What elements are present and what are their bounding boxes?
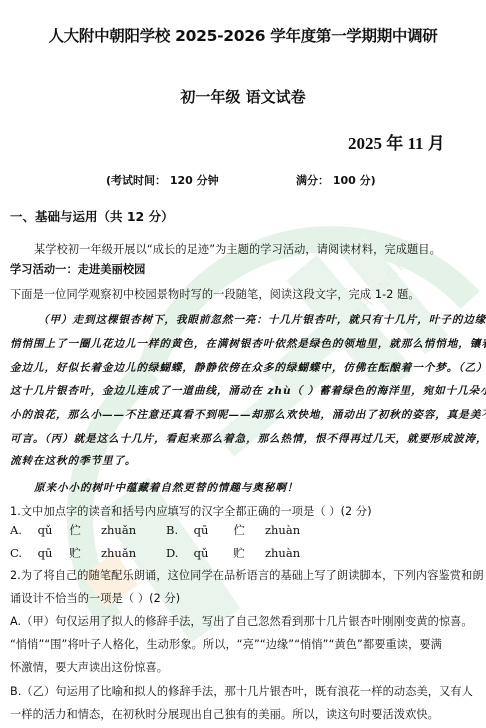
exam-subtitle: 初一年级 语文试卷 bbox=[0, 86, 486, 107]
option-pinyin-2: zhuǎn bbox=[101, 523, 136, 537]
passage-line: 悄悄围上了一圈儿花边儿一样的黄色，在满树银杏叶依然是绿色的领地里，就那么悄悄地，… bbox=[10, 336, 486, 351]
passage-line: 流转在这秋的季节里了。 bbox=[10, 453, 136, 468]
option-label: C. bbox=[10, 546, 34, 560]
section-heading: 一、基础与运用（共 12 分） bbox=[10, 207, 174, 225]
question-2-stem: 2.为了将自己的随笔配乐朗诵，这位同学在品析语言的基础上写了朗读脚本，下列内容鉴… bbox=[10, 567, 484, 583]
passage-line: 小的浪花，那么小——不注意还真看不到呢——却那么欢快地，涌动出了初秋的姿容，真是… bbox=[10, 407, 486, 422]
passage-closing: 原来小小的树叶中蕴藏着自然更替的情趣与奥秘啊！ bbox=[34, 480, 298, 495]
passage-line: 可言。（丙）就是这么十几片，看起来那么着急，那么热情，恨不得再过几天，就要形成波… bbox=[10, 431, 486, 446]
exam-title: 人大附中朝阳学校 2025-2026 学年度第一学期期中调研 bbox=[0, 24, 486, 46]
full-score: 满分： 100 分) bbox=[296, 172, 376, 188]
passage-line: （甲）走到这棵银杏树下，我眼前忽然一亮：十几片银杏叶，就只有十几片，叶子的边缘， bbox=[38, 312, 486, 327]
question-1-option-a[interactable]: A. qǔ 伫 zhuǎn bbox=[10, 522, 136, 538]
option-pinyin-1: qū bbox=[194, 523, 230, 537]
question-2-option-b[interactable]: B.（乙）句运用了比喻和拟人的修辞手法，那十几片银杏叶，既有浪花一样的动态美，又… bbox=[10, 683, 473, 699]
passage-line: 金边儿，好似长着金边儿的绿蝴蝶，静静依傍在众多的绿蝴蝶中，仿佛在酝酿着一个梦。（… bbox=[10, 360, 486, 375]
section-intro: 某学校初一年级开展以“成长的足迹”为主题的学习活动，请阅读材料，完成题目。 bbox=[34, 241, 441, 257]
option-label: D. bbox=[166, 546, 190, 560]
option-label: A. bbox=[10, 523, 34, 537]
option-label: B. bbox=[166, 523, 190, 537]
option-char: 贮 bbox=[233, 545, 261, 561]
option-pinyin-2: zhuàn bbox=[265, 546, 300, 560]
option-char: 伫 bbox=[69, 522, 97, 538]
passage-line: 这十几片银杏叶，金边儿连成了一道曲线，涌动在 zhù（ ）蓄着绿色的海洋里，宛如… bbox=[10, 383, 486, 398]
option-pinyin-1: qū bbox=[38, 546, 66, 560]
question-2-option-a-cont: “悄悄”“围”将叶子人格化，生动形象。所以，“亮”“边缘”“悄悄”“黄色”都要重… bbox=[10, 636, 442, 652]
question-1-option-c[interactable]: C. qū 贮 zhuǎn bbox=[10, 545, 136, 561]
activity-title: 学习活动一：走进美丽校园 bbox=[10, 261, 145, 277]
option-pinyin-1: qǔ bbox=[194, 546, 230, 560]
option-pinyin-2: zhuàn bbox=[265, 523, 300, 537]
option-pinyin-2: zhuǎn bbox=[101, 546, 136, 560]
question-2-option-b-cont: 一样的活力和情态，在初秋时分展现出自己独有的美丽。所以，读这句时要活泼欢快。 bbox=[10, 706, 439, 722]
question-1-stem: 1.文中加点字的读音和括号内应填写的汉字全都正确的一项是（ ）(2 分) bbox=[10, 503, 372, 519]
option-pinyin-1: qǔ bbox=[38, 523, 66, 537]
exam-time: (考试时间： 120 分钟 bbox=[106, 174, 219, 187]
question-2-option-a[interactable]: A.（甲）句仅运用了拟人的修辞手法，写出了自己忽然看到那十几片银杏叶刚刚变黄的惊… bbox=[10, 613, 473, 629]
passage-intro: 下面是一位同学观察初中校园景物时写的一段随笔，阅读这段文字，完成 1-2 题。 bbox=[10, 286, 420, 302]
option-char: 伫 bbox=[233, 522, 261, 538]
exam-date: 2025 年 11 月 bbox=[348, 129, 445, 154]
option-char: 贮 bbox=[69, 545, 97, 561]
question-2-option-a-cont: 怀激情，要大声读出这份惊喜。 bbox=[10, 659, 168, 675]
question-1-option-d[interactable]: D. qǔ 贮 zhuàn bbox=[166, 545, 300, 561]
question-1-option-b[interactable]: B. qū 伫 zhuàn bbox=[166, 522, 300, 538]
exam-info: (考试时间： 120 分钟 满分： 100 分) bbox=[106, 172, 406, 188]
question-2-stem: 诵设计不恰当的一项是（ ）(2 分) bbox=[10, 590, 180, 606]
